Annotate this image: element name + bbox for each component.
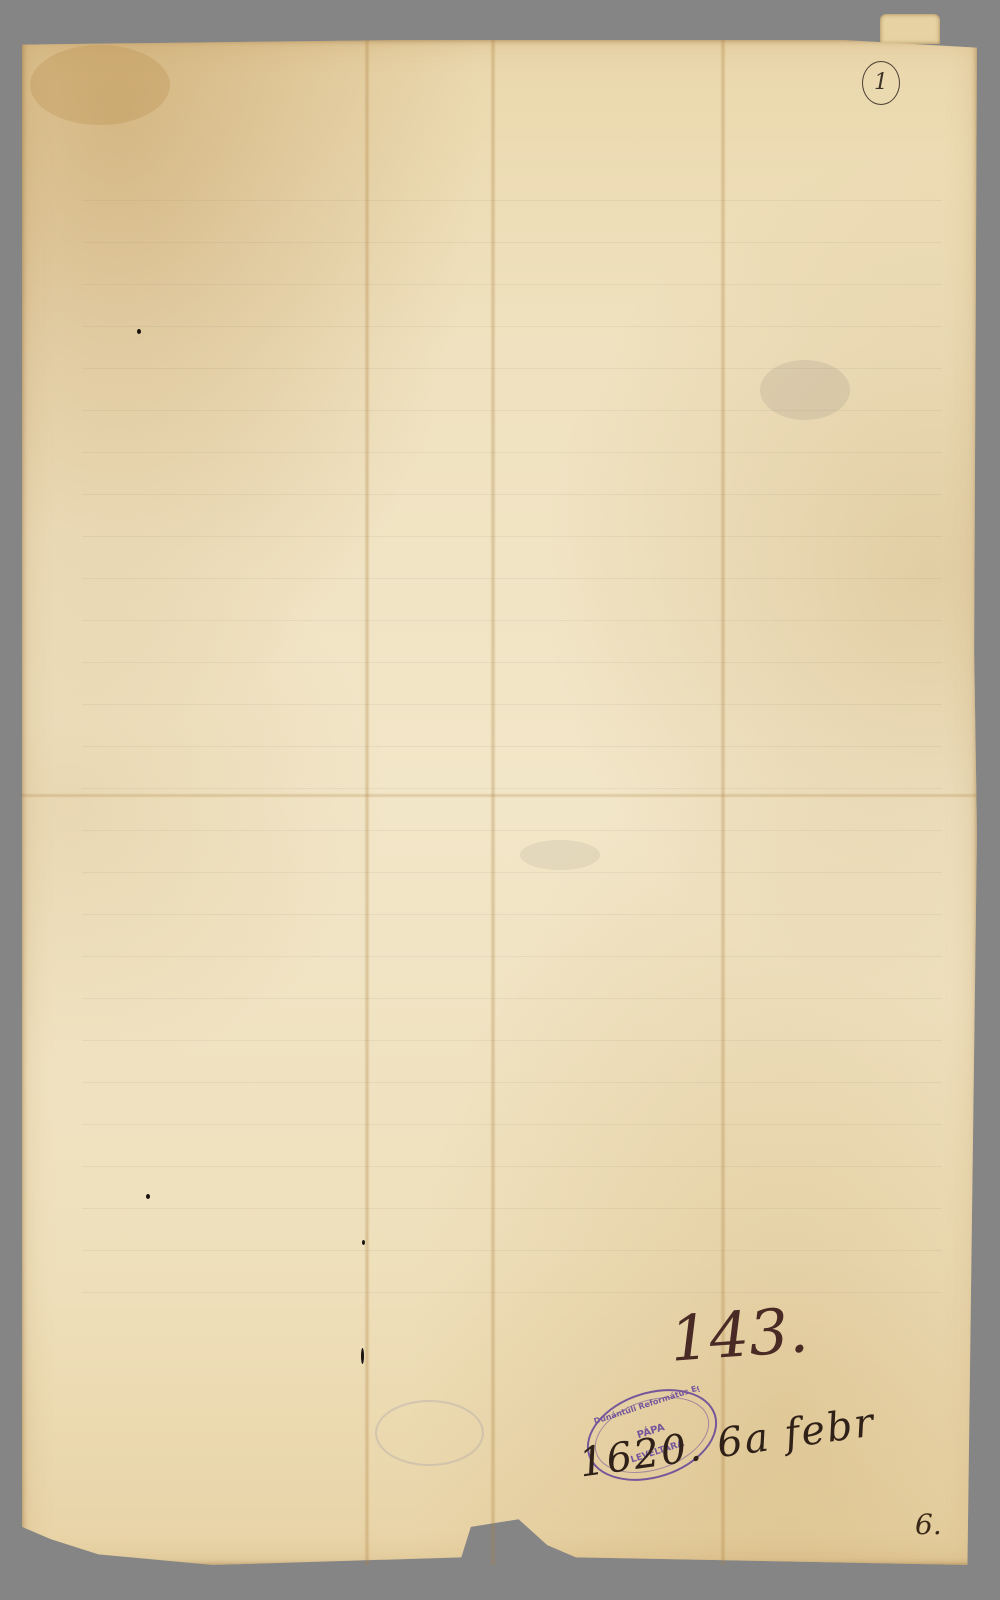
ink-speck xyxy=(361,1348,364,1364)
ink-speck xyxy=(362,1240,365,1245)
age-stain xyxy=(520,840,600,870)
fold-line-vertical xyxy=(490,40,496,1565)
ink-speck xyxy=(146,1194,150,1199)
age-stain xyxy=(30,45,170,125)
faded-stamp-impression xyxy=(375,1400,484,1466)
fold-line-horizontal xyxy=(22,793,977,798)
fold-line-vertical xyxy=(364,40,370,1565)
circled-page-number: 1 xyxy=(862,61,900,105)
paper-torn-tab xyxy=(880,14,940,44)
document-sheet xyxy=(22,40,977,1565)
ink-speck xyxy=(137,329,141,334)
age-stain xyxy=(760,360,850,420)
corner-number: 6. xyxy=(915,1508,942,1541)
archive-number: 143. xyxy=(668,1293,811,1375)
